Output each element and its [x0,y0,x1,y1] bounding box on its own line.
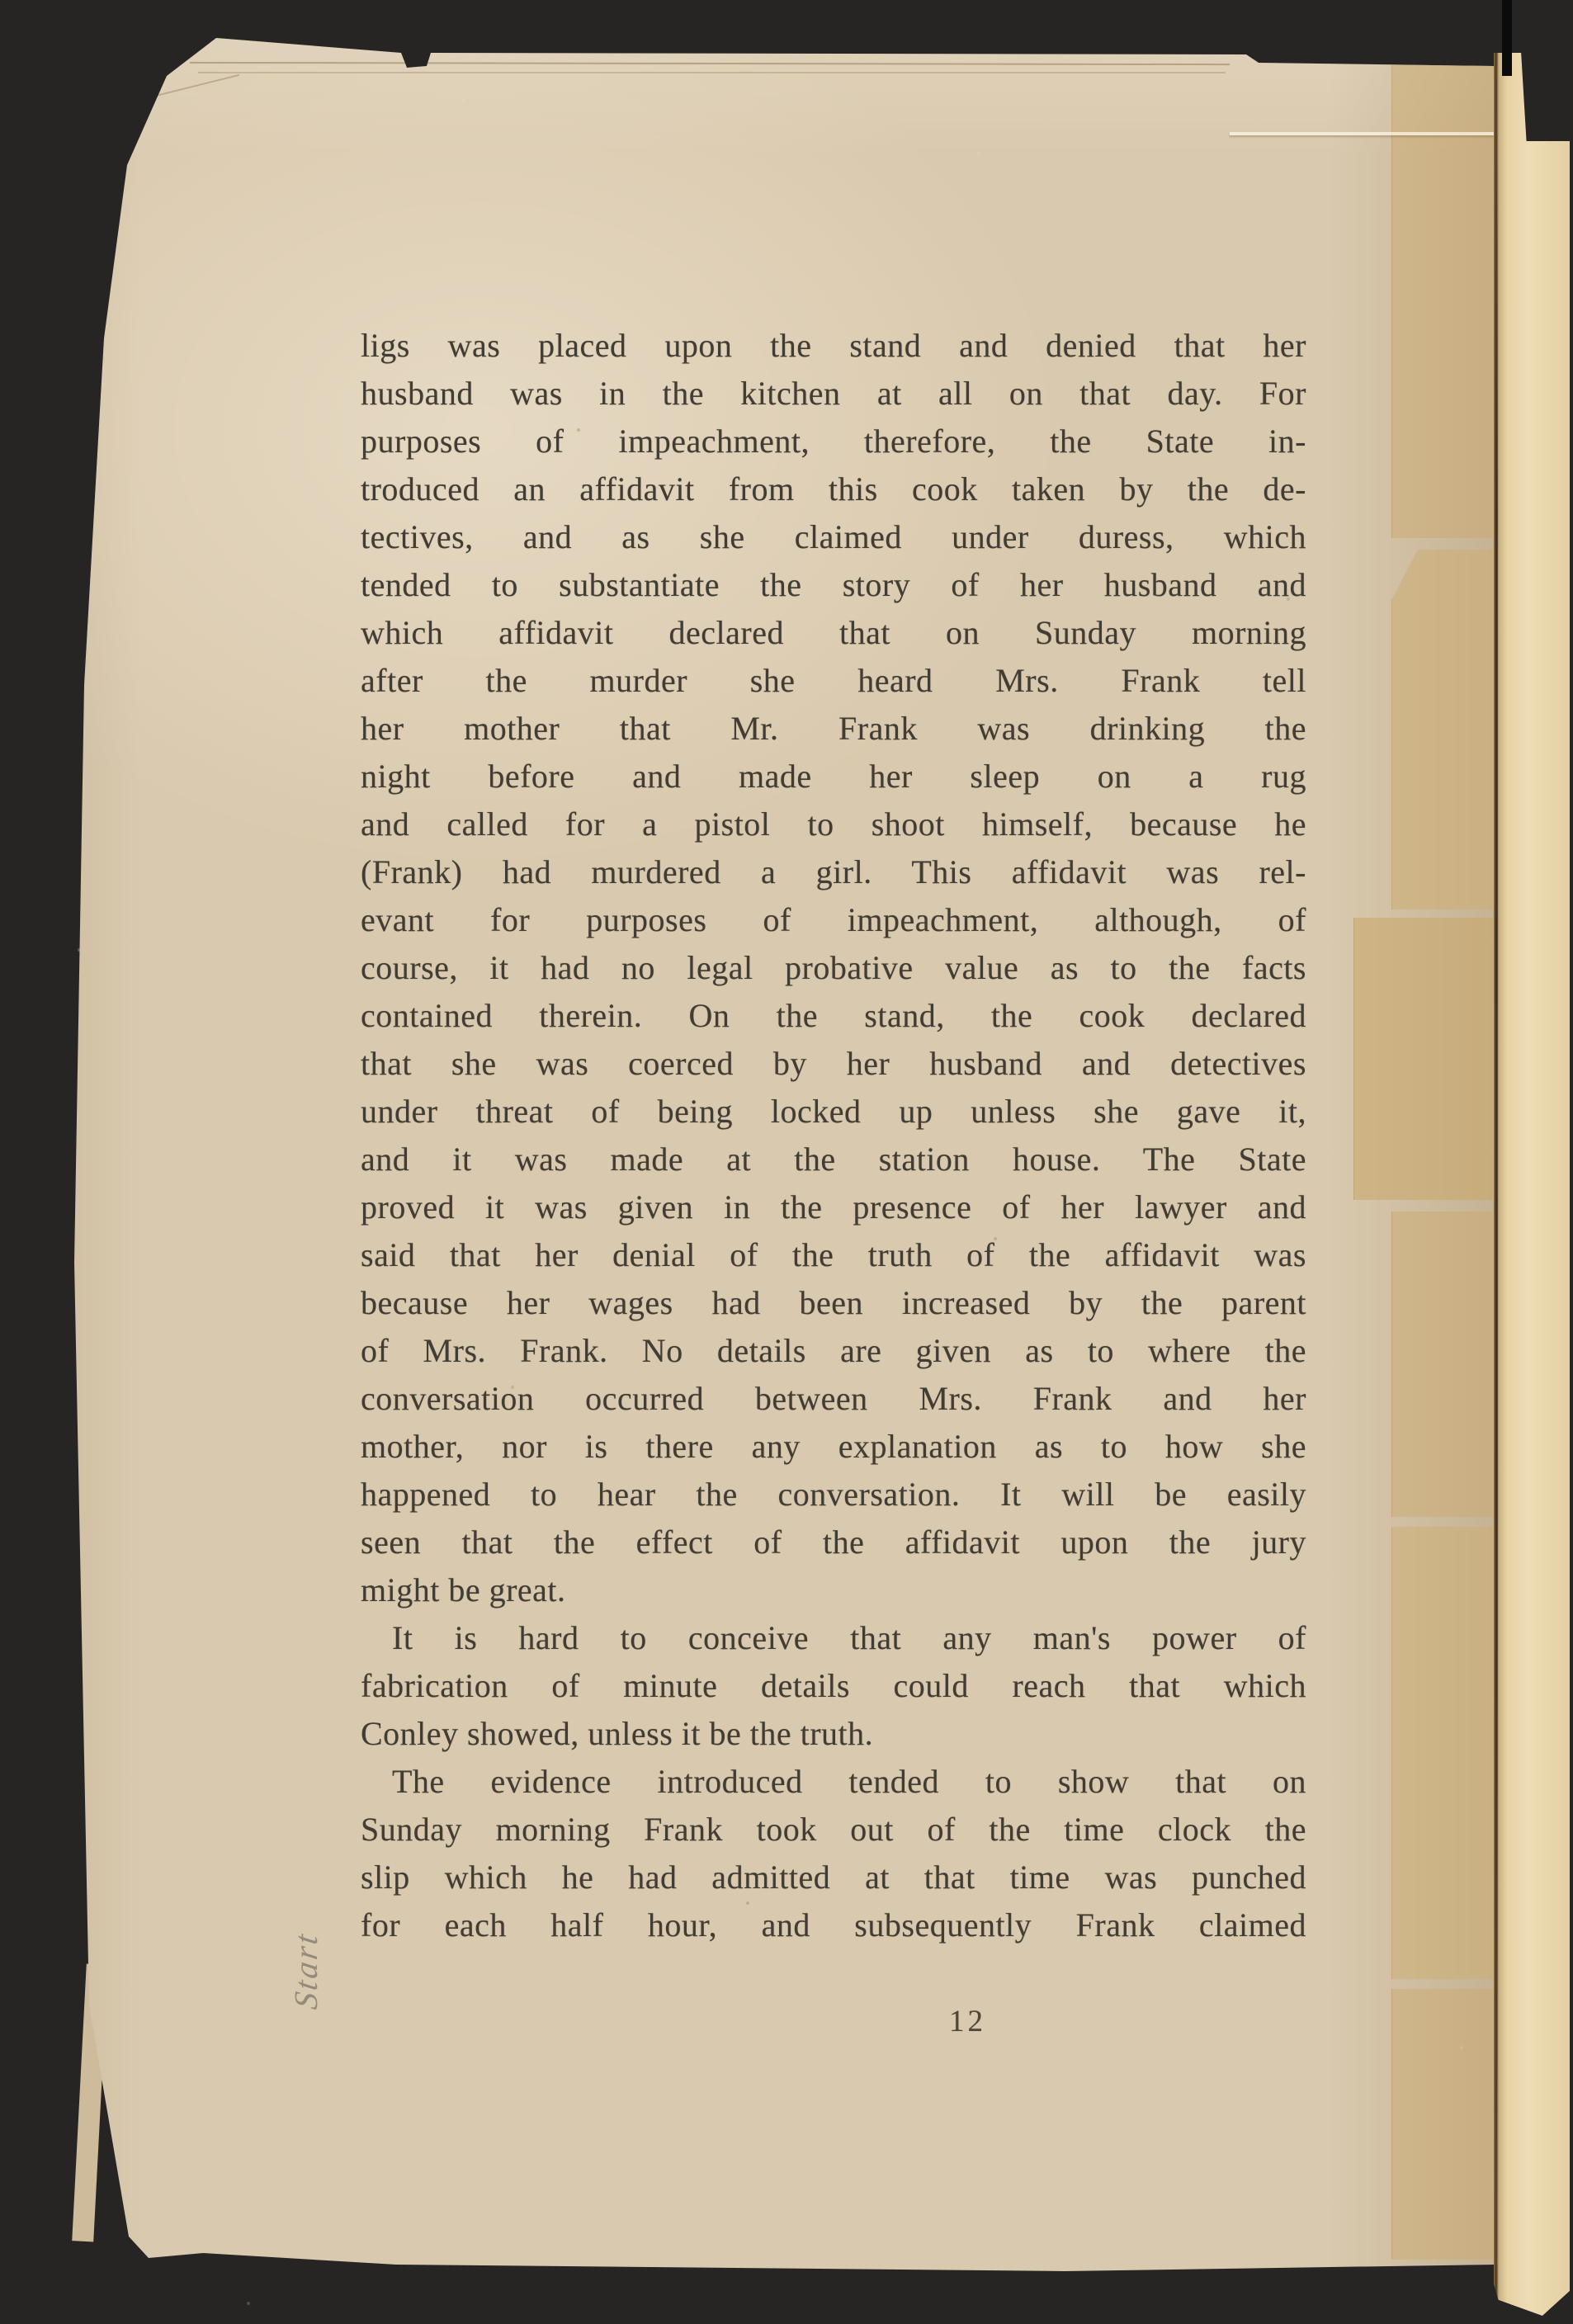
text-line: might be great. [361,1566,1306,1614]
text-line: course, it had no legal probative value … [361,944,1306,992]
page-corner-fold-line [119,74,239,106]
pencil-annotation-text: Start [286,1930,325,2011]
text-line: and called for a pistol to shoot himself… [361,801,1306,848]
pencil-annotation: Start [286,1905,324,2037]
text-line: which affidavit declared that on Sunday … [361,609,1306,657]
scan-background: ligs was placed upon the stand and denie… [0,0,1573,2324]
tape-repair-strip [1391,550,1493,909]
text-line: (Frank) had murdered a girl. This affida… [361,848,1306,896]
book-page: ligs was placed upon the stand and denie… [41,25,1494,2274]
page-text: ligs was placed upon the stand and denie… [361,322,1306,1949]
text-line: proved it was given in the presence of h… [361,1183,1306,1231]
text-line: said that her denial of the truth of the… [361,1231,1306,1279]
text-line: that she was coerced by her husband and … [361,1040,1306,1088]
text-line: purposes of impeachment, therefore, the … [361,418,1306,465]
text-line: her mother that Mr. Frank was drinking t… [361,705,1306,753]
text-line: contained therein. On the stand, the coo… [361,992,1306,1040]
text-line: under threat of being locked up unless s… [361,1088,1306,1136]
text-line: troduced an affidavit from this cook tak… [361,465,1306,513]
text-line: of Mrs. Frank. No details are given as t… [361,1327,1306,1375]
text-line: for each half hour, and subsequently Fra… [361,1901,1306,1949]
text-line: because her wages had been increased by … [361,1279,1306,1327]
tape-repair-strip [1391,1527,1493,1979]
text-line: It is hard to conceive that any man's po… [361,1614,1306,1662]
text-line: after the murder she heard Mrs. Frank te… [361,657,1306,705]
text-line: conversation occurred between Mrs. Frank… [361,1375,1306,1423]
text-line: husband was in the kitchen at all on tha… [361,370,1306,418]
text-line: tectives, and as she claimed under dures… [361,513,1306,561]
text-line: tended to substantiate the story of her … [361,561,1306,609]
page-stack-edge-line [190,62,1230,65]
tape-repair-strip [1391,1212,1493,1517]
binding-gap-shadow [1502,0,1512,76]
tape-repair-strip [1353,918,1493,1200]
text-line: evant for purposes of impeachment, altho… [361,896,1306,944]
text-line: Sunday morning Frank took out of the tim… [361,1806,1306,1854]
text-line: night before and made her sleep on a rug [361,753,1306,801]
text-line: mother, nor is there any explanation as … [361,1423,1306,1471]
text-line: ligs was placed upon the stand and denie… [361,322,1306,370]
tape-repair-strip [1391,1989,1493,2260]
page-stack-edge-line [198,72,1226,73]
dust-specks [0,0,2,2]
text-line: fabrication of minute details could reac… [361,1662,1306,1710]
text-line: happened to hear the conversation. It wi… [361,1471,1306,1519]
horizontal-crease-line [1230,132,1494,135]
adjacent-page-edge [1494,53,1570,2316]
text-line: slip which he had admitted at that time … [361,1854,1306,1901]
text-line: Conley showed, unless it be the truth. [361,1710,1306,1758]
text-line: and it was made at the station house. Th… [361,1136,1306,1183]
text-line: The evidence introduced tended to show t… [361,1758,1306,1806]
tape-repair-strip [1391,64,1493,538]
text-line: seen that the effect of the affidavit up… [361,1519,1306,1566]
page-number: 12 [949,2004,986,2039]
